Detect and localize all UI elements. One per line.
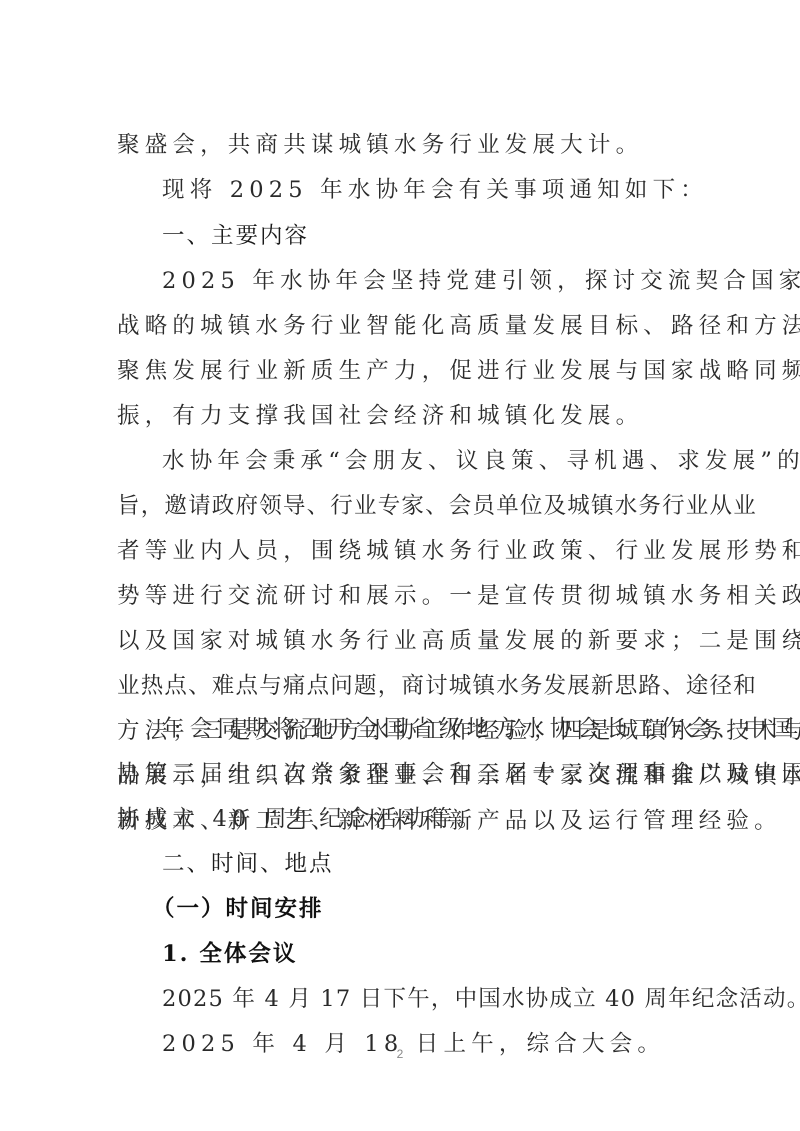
paragraph-line: 聚盛会，共商共谋城镇水务行业发展大计。 (117, 130, 687, 160)
paragraph-line: 势等进行交流研讨和展示。一是宣传贯彻城镇水务相关政策 (117, 581, 687, 611)
paragraph-line: 聚焦发展行业新质生产力，促进行业发展与国家战略同频共 (117, 356, 687, 386)
section-heading-main-content: 一、主要内容 (162, 221, 732, 251)
document-page: 聚盛会，共商共谋城镇水务行业发展大计。 现将 2025 年水协年会有关事项通知如… (0, 0, 800, 1131)
paragraph-line: 战略的城镇水务行业智能化高质量发展目标、路径和方法， (117, 311, 687, 341)
item-heading-plenary: 1. 全体会议 (162, 939, 732, 969)
paragraph-line: 者等业内人员，围绕城镇水务行业政策、行业发展形势和趋 (117, 536, 687, 566)
paragraph-line: 协成立 40 周年纪念活动等。 (117, 804, 687, 834)
subsection-heading-schedule: （一）时间安排 (152, 894, 722, 924)
paragraph-line: 2025 年水协年会坚持党建引领，探讨交流契合国家发展 (162, 266, 732, 296)
paragraph-line: 水协年会秉承“会朋友、议良策、寻机遇、求发展”的宗 (162, 446, 732, 476)
paragraph-line: 旨，邀请政府领导、行业专家、会员单位及城镇水务行业从业 (117, 491, 687, 521)
page-number: 2 (0, 1047, 800, 1061)
section-heading-time-place: 二、时间、地点 (162, 849, 732, 879)
paragraph-line: 业热点、难点与痛点问题，商讨城镇水务发展新思路、途径和 (117, 671, 687, 701)
schedule-line: 2025 年 4 月 17 日下午，中国水协成立 40 周年纪念活动。 (162, 984, 732, 1014)
paragraph-line: 协第三届十二次常务理事会和三届十三次理事会以及中国水 (117, 759, 687, 789)
paragraph-line: 以及国家对城镇水务行业高质量发展的新要求；二是围绕行 (117, 626, 687, 656)
paragraph-line: 现将 2025 年水协年会有关事项通知如下： (162, 175, 732, 205)
paragraph-line: 振，有力支撑我国社会经济和城镇化发展。 (117, 401, 687, 431)
paragraph-line: 年会同期将召开全国省级地方水协会长工作会、中国水 (162, 714, 732, 744)
